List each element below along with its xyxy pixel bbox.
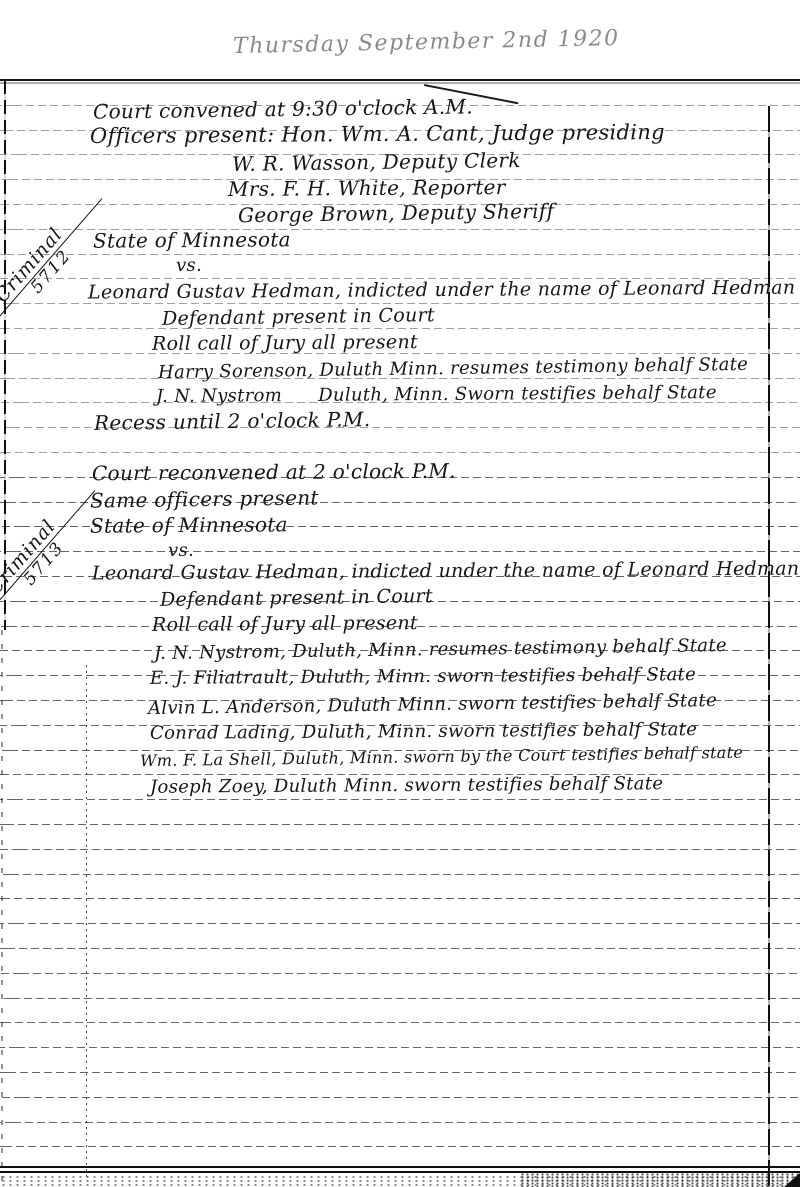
ruled-line [0, 824, 800, 825]
handwriting-line: George Brown, Deputy Sheriff [238, 201, 555, 225]
handwriting-line: vs. [168, 542, 194, 560]
handwriting-line: vs. [176, 257, 202, 275]
ruled-line [0, 898, 800, 899]
handwriting-line: Same officers present [90, 487, 319, 510]
handwriting-line: Officers present: Hon. Wm. A. Cant, Judg… [90, 122, 665, 147]
handwriting-line: Mrs. F. H. White, Reporter [228, 177, 506, 199]
ruled-line [0, 923, 800, 924]
handwriting-line: E. J. Filiatrault, Duluth, Minn. sworn t… [150, 666, 696, 688]
handwriting-line: State of Minnesota [93, 229, 291, 250]
handwriting-line: Defendant present in Court [160, 587, 433, 610]
right-margin-line [768, 106, 770, 1187]
ruled-line [0, 1146, 800, 1147]
bottom-rule [0, 1166, 800, 1168]
handwriting-line: Roll call of Jury all present [152, 614, 418, 635]
ruled-line [0, 1072, 800, 1073]
left-edge-line [4, 80, 6, 630]
handwriting-line: Joseph Zoey, Duluth Minn. sworn testifie… [150, 775, 663, 797]
left-edge-line-lower [1, 630, 3, 1187]
handwriting-line: Roll call of Jury all present [152, 333, 418, 354]
handwriting-line: Recess until 2 o'clock P.M. [94, 409, 371, 433]
ledger-page: Thursday September 2nd 1920 Criminal 571… [0, 0, 800, 1187]
ruled-line [0, 948, 800, 949]
handwriting-line: Wm. F. La Shell, Duluth, Minn. sworn by … [140, 745, 743, 769]
ruled-line [0, 1047, 800, 1048]
handwriting-line: Leonard Gustav Hedman, indicted under th… [88, 279, 796, 303]
handwriting-line: J. N. Nystrom Duluth, Minn. Sworn testif… [156, 384, 717, 406]
scan-blob-corner [784, 1173, 800, 1187]
handwriting-line: Defendant present in Court [162, 306, 435, 329]
handwriting-line: Alvin L. Anderson, Duluth Minn. sworn te… [148, 692, 717, 718]
ruled-line [0, 799, 800, 800]
ruled-line [0, 874, 800, 875]
handwriting-line: Court convened at 9:30 o'clock A.M. [93, 96, 473, 121]
handwriting-line: State of Minnesota [90, 514, 288, 535]
margin-note-label: Criminal [0, 477, 94, 598]
handwriting-line: Conrad Lading, Duluth, Minn. sworn testi… [150, 721, 697, 743]
handwriting-line: Leonard Gustav Hedman, indicted under th… [92, 560, 800, 584]
handwriting-line: W. R. Wasson, Deputy Clerk [232, 150, 521, 174]
ruled-line [0, 1022, 800, 1023]
handwriting-line: J. N. Nystrom, Duluth, Minn. resumes tes… [154, 637, 727, 663]
ruled-line [0, 551, 800, 552]
ruled-line [0, 328, 800, 329]
ruled-line [0, 1097, 800, 1098]
handwriting-line: Court reconvened at 2 o'clock P.M. [92, 461, 456, 484]
scan-noise-bottom-right [520, 1173, 800, 1187]
ruled-line [0, 254, 800, 255]
margin-dotted-line [86, 665, 87, 1180]
ruled-line [0, 998, 800, 999]
ruled-line [0, 1122, 800, 1123]
ruled-line [0, 973, 800, 974]
ruled-line [0, 849, 800, 850]
page-header-date: Thursday September 2nd 1920 [233, 28, 620, 58]
ruled-line [0, 452, 800, 453]
header-rule [0, 79, 800, 81]
